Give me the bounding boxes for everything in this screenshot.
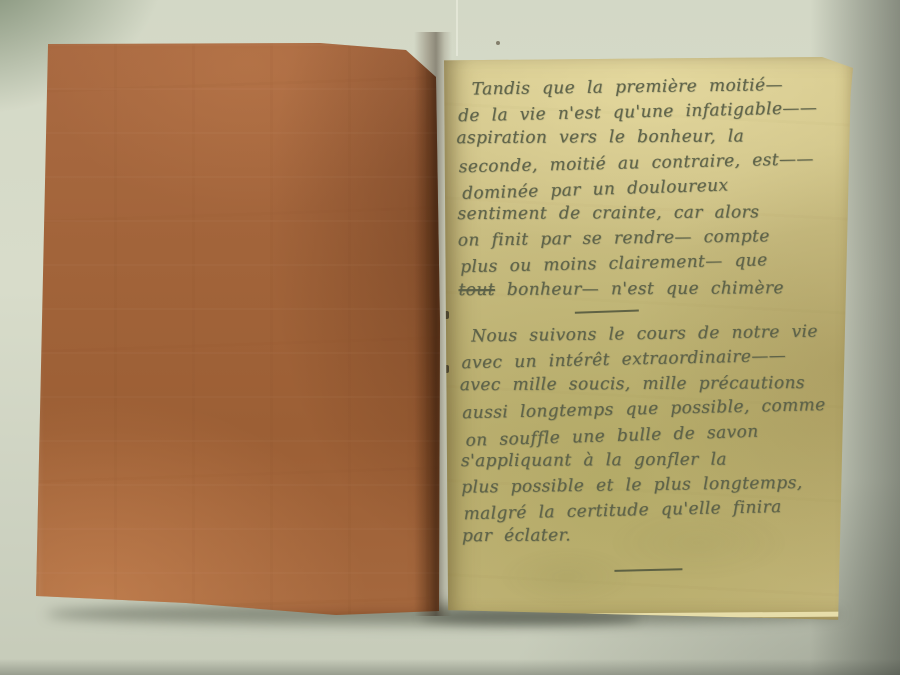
paragraph-divider [575, 309, 639, 313]
handwritten-line: s'appliquant à la gonfler la [461, 447, 843, 475]
manuscript-paragraph: Tandis que la première moitié—de la vie … [456, 72, 841, 304]
handwritten-word-struck: tout [458, 280, 495, 300]
photograph: Tandis que la première moitié—de la vie … [0, 0, 900, 675]
notebook-cover [36, 30, 442, 618]
handwritten-word: bonheur— n'est que chimère [495, 278, 784, 300]
handwritten-text: Tandis que la première moitié—de la vie … [456, 72, 845, 573]
manuscript-page: Tandis que la première moitié—de la vie … [444, 57, 855, 622]
paragraph-divider [614, 568, 682, 572]
backdrop-crease [456, 0, 458, 56]
handwritten-line: tout bonheur— n'est que chimère [458, 275, 840, 303]
manuscript-paragraph: Nous suivons le cours de notre vieavec u… [459, 319, 844, 551]
handwritten-line: par éclater. [462, 522, 844, 550]
backdrop-speck [496, 41, 500, 45]
handwritten-line: sentiment de crainte, car alors [457, 200, 839, 228]
